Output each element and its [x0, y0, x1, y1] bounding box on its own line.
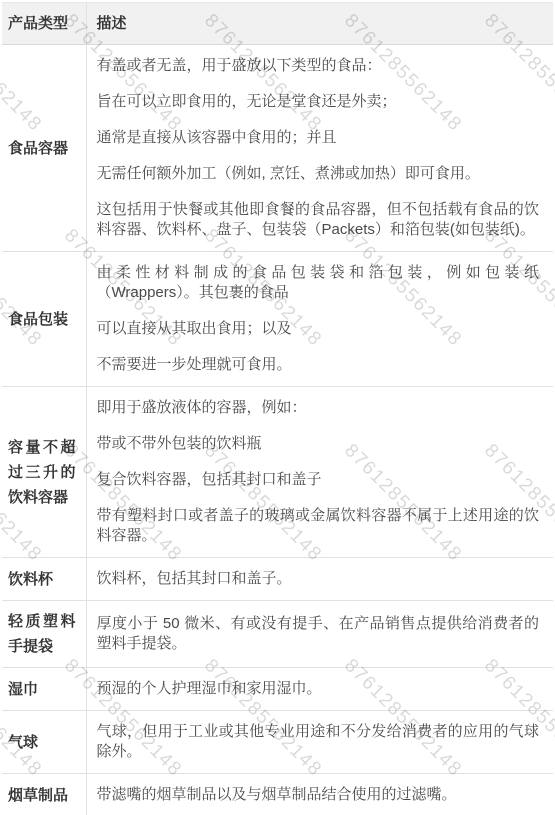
product-type-label: 饮料杯: [2, 558, 86, 601]
product-description: 即用于盛放液体的容器，例如： 带或不带外包装的饮料瓶 复合饮料容器，包括其封口和…: [86, 387, 553, 558]
product-description: 饮料杯，包括其封口和盖子。: [86, 558, 553, 601]
description-paragraph: 复合饮料容器，包括其封口和盖子: [97, 470, 540, 490]
description-paragraph: 带有塑料封口或者盖子的玻璃或金属饮料容器不属于上述用途的饮料容器。: [97, 506, 540, 546]
description-paragraph: 带滤嘴的烟草制品以及与烟草制品结合使用的过滤嘴。: [97, 785, 540, 805]
description-paragraph: 有盖或者无盖，用于盛放以下类型的食品：: [97, 56, 540, 76]
table-row: 食品包装 由柔性材料制成的食品包装袋和箔包装，例如包装纸（Wrappers）。其…: [2, 252, 553, 387]
description-paragraph: 厚度小于 50 微米、有或没有提手、在产品销售点提供给消费者的塑料手提袋。: [97, 614, 540, 654]
description-paragraph: 不需要进一步处理就可食用。: [97, 355, 540, 375]
description-paragraph: 可以直接从其取出食用；以及: [97, 319, 540, 339]
product-type-label: 食品包装: [2, 252, 86, 387]
table-row: 食品容器 有盖或者无盖，用于盛放以下类型的食品： 旨在可以立即食用的，无论是堂食…: [2, 45, 553, 252]
description-paragraph: 旨在可以立即食用的，无论是堂食还是外卖；: [97, 92, 540, 112]
product-description: 预湿的个人护理湿巾和家用湿巾。: [86, 668, 553, 711]
product-description: 带滤嘴的烟草制品以及与烟草制品结合使用的过滤嘴。: [86, 774, 553, 815]
product-type-label: 食品容器: [2, 45, 86, 252]
product-type-label: 轻质塑料手提袋: [2, 601, 86, 668]
table-row: 湿巾 预湿的个人护理湿巾和家用湿巾。: [2, 668, 553, 711]
description-paragraph: 由柔性材料制成的食品包装袋和箔包装，例如包装纸（Wrappers）。其包裹的食品: [97, 263, 540, 303]
table-row: 轻质塑料手提袋 厚度小于 50 微米、有或没有提手、在产品销售点提供给消费者的塑…: [2, 601, 553, 668]
description-paragraph: 无需任何额外加工（例如, 烹饪、煮沸或加热）即可食用。: [97, 164, 540, 184]
product-type-label: 容量不超过三升的饮料容器: [2, 387, 86, 558]
table-row: 烟草制品 带滤嘴的烟草制品以及与烟草制品结合使用的过滤嘴。: [2, 774, 553, 815]
description-paragraph: 预湿的个人护理湿巾和家用湿巾。: [97, 679, 540, 699]
description-paragraph: 带或不带外包装的饮料瓶: [97, 434, 540, 454]
table-row: 容量不超过三升的饮料容器 即用于盛放液体的容器，例如： 带或不带外包装的饮料瓶 …: [2, 387, 553, 558]
product-description: 气球，但用于工业或其他专业用途和不分发给消费者的应用的气球除外。: [86, 711, 553, 774]
product-description: 厚度小于 50 微米、有或没有提手、在产品销售点提供给消费者的塑料手提袋。: [86, 601, 553, 668]
product-description: 有盖或者无盖，用于盛放以下类型的食品： 旨在可以立即食用的，无论是堂食还是外卖；…: [86, 45, 553, 252]
description-paragraph: 通常是直接从该容器中食用的；并且: [97, 128, 540, 148]
description-paragraph: 气球，但用于工业或其他专业用途和不分发给消费者的应用的气球除外。: [97, 722, 540, 762]
table-row: 饮料杯 饮料杯，包括其封口和盖子。: [2, 558, 553, 601]
description-paragraph: 这包括用于快餐或其他即食餐的食品容器，但不包括载有食品的饮料容器、饮料杯、盘子、…: [97, 200, 540, 240]
product-description: 由柔性材料制成的食品包装袋和箔包装，例如包装纸（Wrappers）。其包裹的食品…: [86, 252, 553, 387]
column-header-product-type: 产品类型: [2, 3, 86, 45]
description-paragraph: 即用于盛放液体的容器，例如：: [97, 398, 540, 418]
product-type-label: 湿巾: [2, 668, 86, 711]
product-type-label: 气球: [2, 711, 86, 774]
product-type-label: 烟草制品: [2, 774, 86, 815]
page: 产品类型 描述 食品容器 有盖或者无盖，用于盛放以下类型的食品： 旨在可以立即食…: [0, 0, 555, 815]
column-header-description: 描述: [86, 3, 553, 45]
table-row: 气球 气球，但用于工业或其他专业用途和不分发给消费者的应用的气球除外。: [2, 711, 553, 774]
description-paragraph: 饮料杯，包括其封口和盖子。: [97, 569, 540, 589]
table-header-row: 产品类型 描述: [2, 3, 553, 45]
product-type-table: 产品类型 描述 食品容器 有盖或者无盖，用于盛放以下类型的食品： 旨在可以立即食…: [2, 2, 553, 815]
